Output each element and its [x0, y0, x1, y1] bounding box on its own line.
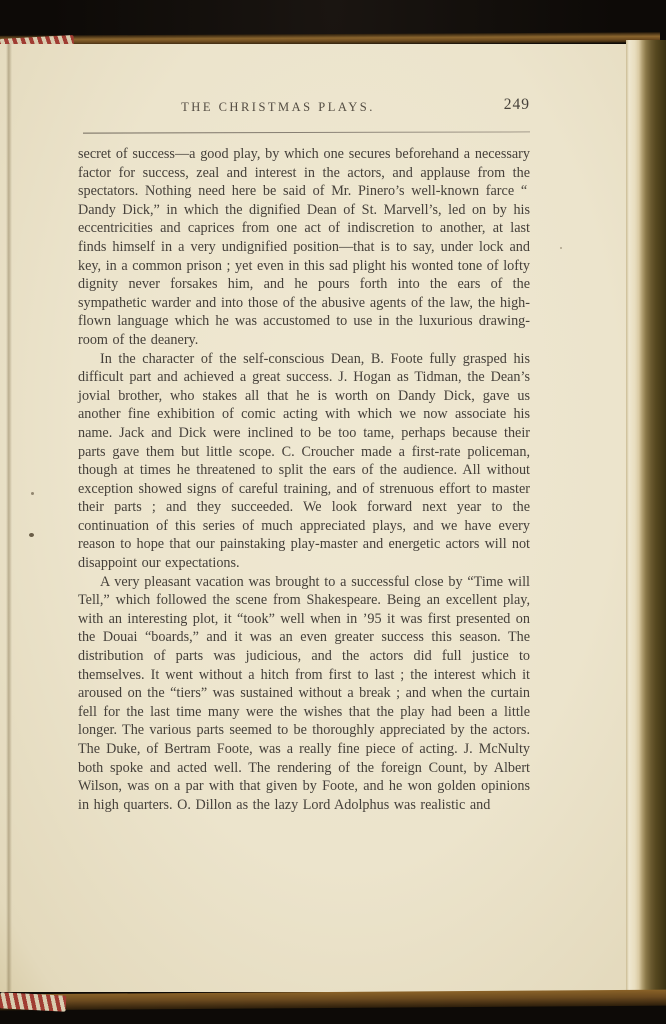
headband-bottom: [0, 992, 66, 1011]
book-photo: THE CHRISTMAS PLAYS. 249 secret of succe…: [0, 0, 666, 1024]
paper-speck: [560, 247, 562, 249]
running-title: THE CHRISTMAS PLAYS.: [52, 100, 504, 115]
book-spine-bottom-edge: [0, 990, 666, 1011]
page-header: THE CHRISTMAS PLAYS. 249: [0, 44, 630, 133]
page-number: 249: [504, 96, 530, 114]
paper-speck: [29, 533, 34, 537]
body-paragraph: secret of success—a good play, by which …: [78, 145, 530, 350]
page-stack-edge: [626, 40, 666, 1000]
gutter-crease: [6, 44, 12, 992]
book-page: THE CHRISTMAS PLAYS. 249 secret of succe…: [0, 44, 630, 992]
page-body-text: secret of success—a good play, by which …: [0, 133, 630, 814]
body-paragraph: In the character of the self-conscious D…: [78, 350, 530, 573]
paper-speck: [31, 492, 34, 495]
body-paragraph: A very pleasant vacation was brought to …: [78, 573, 530, 815]
